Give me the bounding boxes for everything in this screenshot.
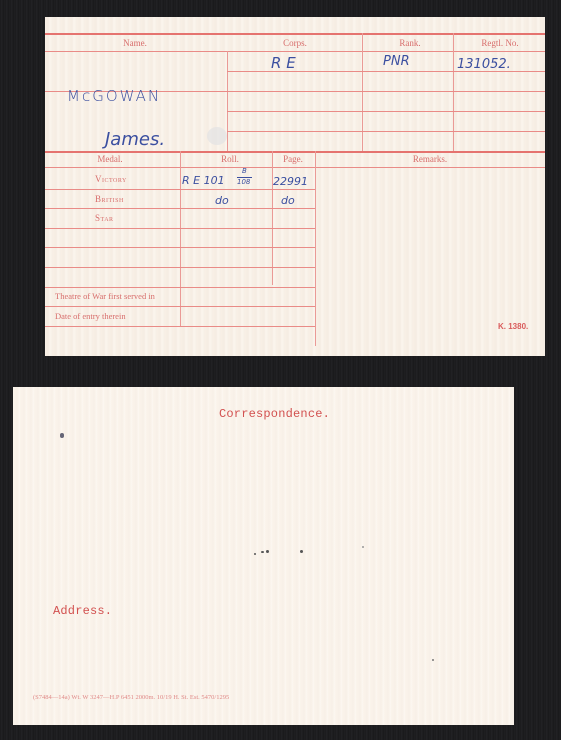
rule xyxy=(45,306,315,307)
rule xyxy=(45,287,315,288)
rule xyxy=(45,228,315,229)
rule xyxy=(180,151,181,327)
header-corps: Corps. xyxy=(250,38,340,48)
rule xyxy=(362,33,363,151)
rule xyxy=(272,151,273,285)
rule xyxy=(45,151,545,153)
medal-victory-label: Victory xyxy=(95,174,127,184)
speck xyxy=(254,553,256,555)
speck xyxy=(300,550,303,553)
rule xyxy=(45,267,315,268)
corps-entry: R E xyxy=(271,54,296,72)
form-number: K. 1380. xyxy=(498,322,528,331)
rule xyxy=(45,33,545,35)
rule xyxy=(45,208,315,209)
rule xyxy=(227,91,545,92)
regt-no-entry: 131052. xyxy=(457,57,511,72)
speck xyxy=(261,551,264,553)
print-code-footer: (S7484—14a) Wt. W 3247—H.P 6451 2000m. 1… xyxy=(33,694,229,701)
theatre-label: Theatre of War first served in xyxy=(55,291,155,301)
address-label: Address. xyxy=(53,604,112,618)
header-name: Name. xyxy=(85,38,185,48)
correspondence-heading: Correspondence. xyxy=(219,407,330,421)
header-regt-no: Regtl. No. xyxy=(455,38,545,48)
rule xyxy=(45,247,315,248)
medal-index-card-front: Name. Corps. Rank. Regtl. No. McGOWAN Ja… xyxy=(45,17,545,356)
speck xyxy=(432,659,434,661)
smudge-mark xyxy=(207,127,227,145)
speck xyxy=(266,550,269,553)
header-page: Page. xyxy=(271,154,315,164)
rule xyxy=(45,167,545,168)
rule xyxy=(453,33,454,151)
rule xyxy=(45,189,315,190)
rule xyxy=(227,111,545,112)
british-roll-entry: do xyxy=(215,194,229,207)
speck xyxy=(362,546,364,548)
medal-star-label: Star xyxy=(95,213,114,223)
rule xyxy=(227,131,545,132)
rule xyxy=(45,326,315,327)
rule xyxy=(315,151,316,346)
british-page-entry: do xyxy=(281,194,295,207)
header-remarks: Remarks. xyxy=(365,154,495,164)
victory-page-entry: 22991 xyxy=(273,175,308,188)
header-roll: Roll. xyxy=(185,154,275,164)
victory-roll-fraction-top: B xyxy=(242,167,247,175)
rule xyxy=(45,51,545,52)
forename-entry: James. xyxy=(105,129,165,150)
surname-entry: McGOWAN xyxy=(67,87,161,105)
rule xyxy=(227,51,228,151)
date-entry-label: Date of entry therein xyxy=(55,311,126,321)
speck xyxy=(60,433,64,438)
rank-entry: PNR xyxy=(383,54,410,69)
header-rank: Rank. xyxy=(365,38,455,48)
header-medal: Medal. xyxy=(65,154,155,164)
victory-roll-fraction-bottom: 108 xyxy=(237,178,250,186)
medal-index-card-back: Correspondence. Address. (S7484—14a) Wt.… xyxy=(13,387,514,725)
medal-british-label: British xyxy=(95,194,124,204)
victory-roll-entry: R E 101 xyxy=(182,174,225,187)
